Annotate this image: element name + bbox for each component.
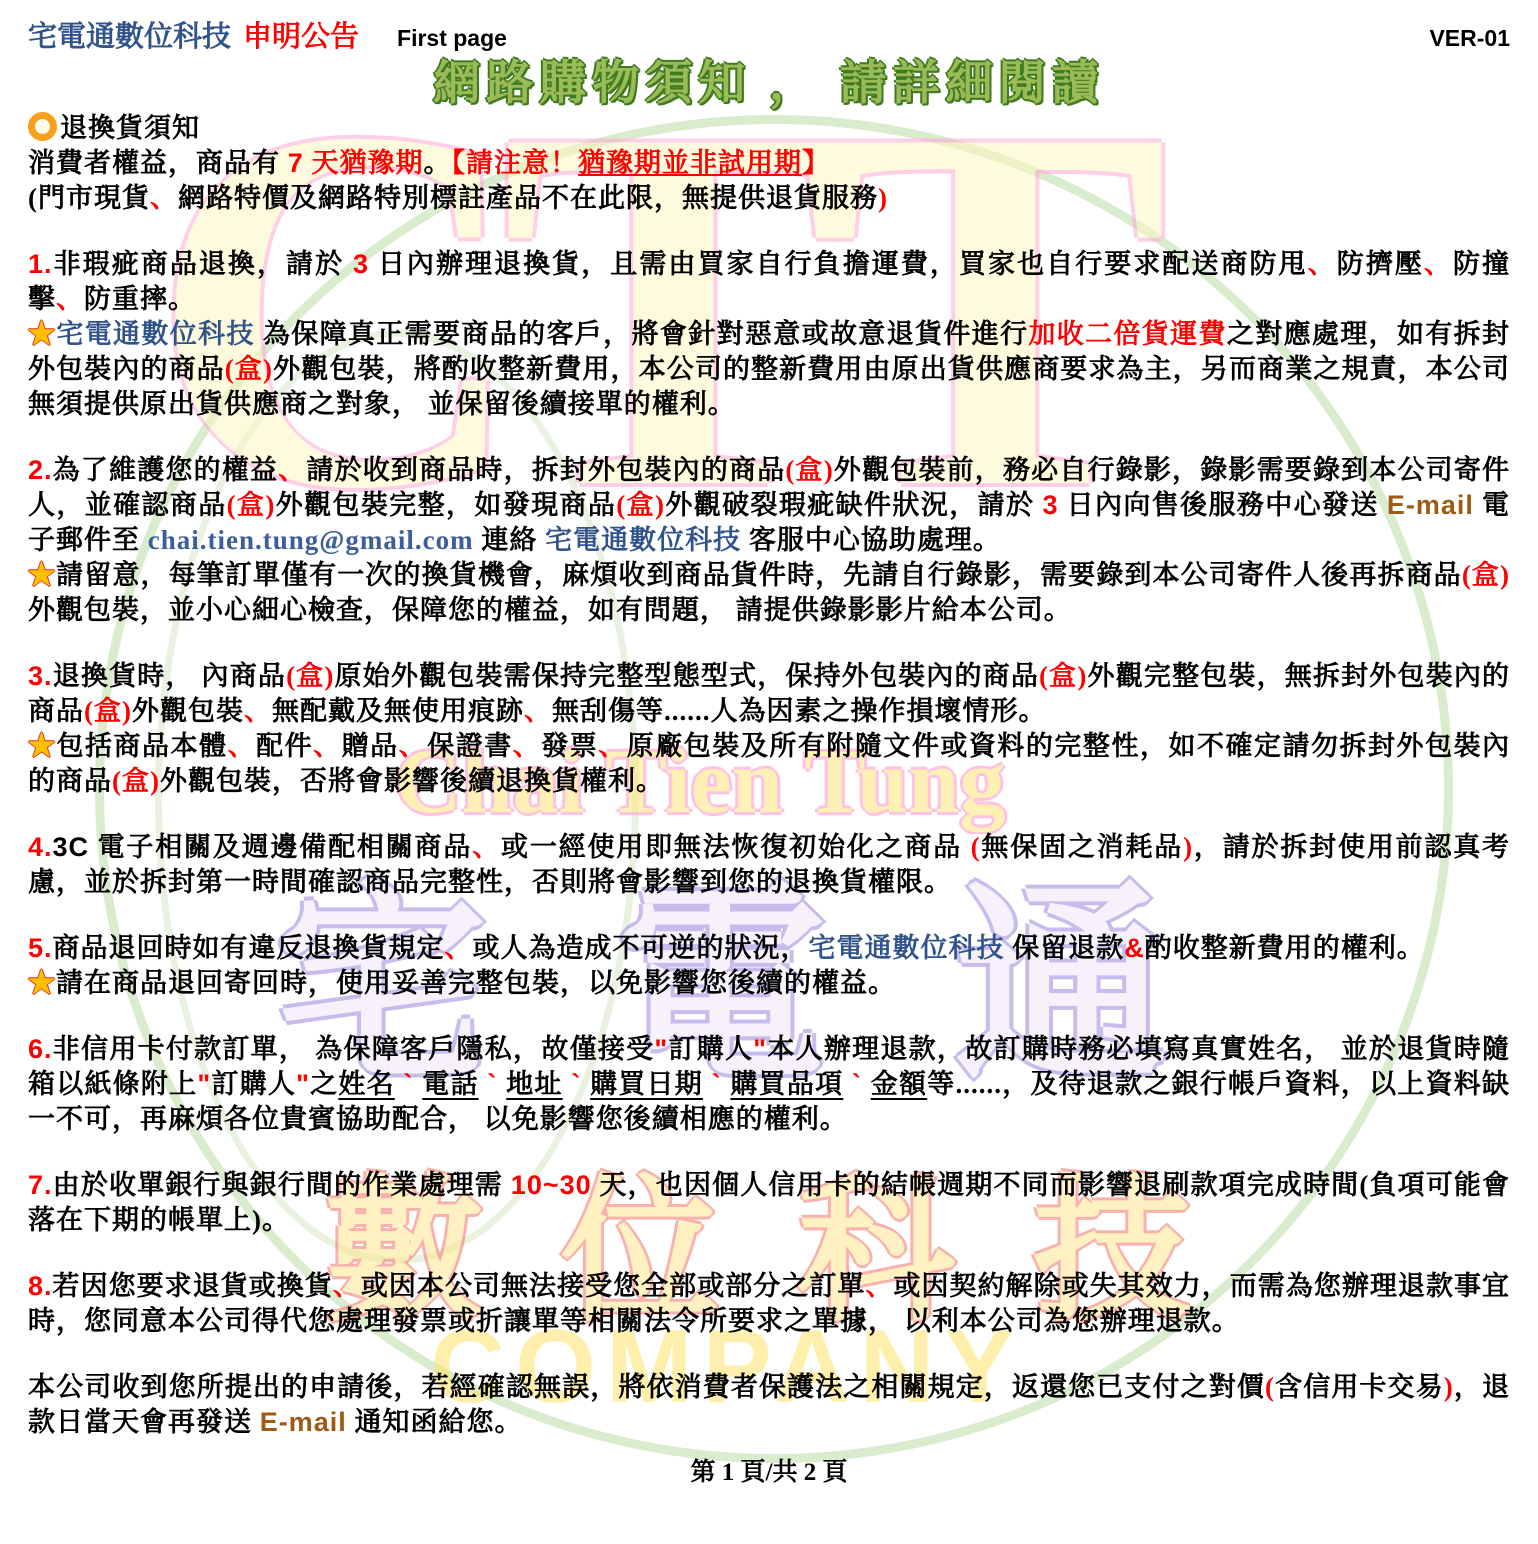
text-segment: 或一經使用即無法恢復初始化之商品 <box>501 832 971 862</box>
text-segment: 外觀包裝，並小心細心檢查，保障您的權益，如有問題， 請提供錄影影片給本公司。 <box>28 595 1072 625</box>
text-segment: 【請注意！ <box>452 148 579 178</box>
text-segment: 1. <box>28 249 53 279</box>
text-segment: 退換貨須知 <box>60 113 200 143</box>
text-segment: ) <box>1444 1372 1454 1402</box>
rule-5: 5.商品退回時如有違反退換貨規定、或人為造成不可逆的狀況，宅電通數位科技 保留退… <box>28 931 1510 966</box>
rule-3: 3.退換貨時， 內商品(盒)原始外觀包裝需保持完整型態型式，保持外包裝內的商品(… <box>28 659 1510 729</box>
text-segment: ( <box>971 832 981 862</box>
text-segment: 、 <box>865 1271 893 1301</box>
text-segment: " <box>197 1069 211 1099</box>
text-segment: 、 <box>244 696 272 726</box>
text-segment: 10~30 <box>511 1170 592 1200</box>
text-segment: 電子相關及週邊備配相關商品 <box>89 832 472 862</box>
text-segment: 4. <box>28 832 53 862</box>
text-segment: 、 <box>472 832 501 862</box>
text-segment: 由於收單銀行與銀行間的作業處理需 <box>53 1170 511 1200</box>
text-segment: 外觀破裂瑕疵缺件狀況，請於 <box>665 490 1042 520</box>
notice-label: 申明公告 <box>243 14 359 55</box>
text-segment: 連絡 <box>474 525 546 555</box>
text-segment: 酌收整新費用的權利。 <box>1145 933 1425 963</box>
company-name: 宅電通數位科技 <box>28 14 231 55</box>
text-segment: 3 <box>353 249 369 279</box>
text-segment: 加收二倍貨運費 <box>1028 319 1226 349</box>
text-segment: (盒) <box>286 661 334 691</box>
page-number: 第 1 頁/共 2 頁 <box>28 1452 1510 1488</box>
text-segment: 、 <box>445 933 473 963</box>
text-segment: ) <box>878 183 888 213</box>
text-segment: 非瑕疵商品退換，請於 <box>53 249 353 279</box>
rule-6: 6.非信用卡付款訂單， 為保障客戶隱私，故僅接受"訂購人"本人辦理退款，故訂購時… <box>28 1032 1510 1137</box>
text-segment: ` <box>395 1069 422 1099</box>
text-segment: 天猶豫期 <box>312 148 424 178</box>
text-segment: 發票 <box>541 731 598 761</box>
text-segment: 5. <box>28 933 53 963</box>
text-segment: ) <box>1183 832 1193 862</box>
star-icon: ★ <box>28 319 56 349</box>
text-segment: 。 <box>262 1205 290 1235</box>
document-body: 退換貨須知消費者權益，商品有 7 天猶豫期。【請注意！猶豫期並非試用期】(門市現… <box>28 111 1510 1440</box>
text-segment: (盒) <box>84 696 132 726</box>
text-segment: 地址 <box>506 1069 562 1099</box>
text-segment: " <box>296 1069 310 1099</box>
text-segment: 猶豫期並非試用期 <box>578 148 802 178</box>
bullet-donut-icon <box>28 112 57 141</box>
text-segment: 宅電通數位科技 <box>809 933 1005 963</box>
text-segment: 含信用卡交易 <box>1275 1372 1444 1402</box>
text-segment: E-mail <box>1387 490 1474 520</box>
text-segment: 本公司收到您所提出的申請後，若經確認無誤，將依消費者保護法之相關規定，返還您已支… <box>28 1372 1265 1402</box>
text-segment: ( <box>1265 1372 1275 1402</box>
text-segment: 無刮傷等......人為因素之操作損壞情形。 <box>552 696 1047 726</box>
text-segment: 宅電通數位科技 <box>56 319 254 349</box>
text-segment: ` <box>843 1069 870 1099</box>
text-segment: 、 <box>598 731 627 761</box>
rule-8: 8.若因您要求退貨或換貨、或因本公司無法接受您全部或部分之訂單、或因契約解除或失… <box>28 1269 1510 1339</box>
text-segment: 或人為造成不可逆的狀況， <box>473 933 809 963</box>
intro-line-1: 消費者權益，商品有 7 天猶豫期。【請注意！猶豫期並非試用期】 <box>28 146 1510 181</box>
text-segment: 外觀包裝，否將會影響後續退換貨權利。 <box>160 766 664 796</box>
text-segment: 、 <box>524 696 552 726</box>
text-segment: 請留意，每筆訂單僅有一次的換貨機會，麻煩收到商品貨件時，先請自行錄影，需要錄到本… <box>56 560 1462 590</box>
text-segment: 電話 <box>422 1069 478 1099</box>
text-segment: 、 <box>228 731 257 761</box>
text-segment: E-mail <box>260 1407 347 1437</box>
text-segment: 外觀包裝 <box>132 696 244 726</box>
text-segment: 包括商品本體 <box>57 731 228 761</box>
text-segment: 防重摔。 <box>84 284 196 314</box>
document-page: 宅電通數位科技 申明公告 First page VER-01 網路購物須知 ， … <box>0 0 1538 1488</box>
text-segment: 訂購人 <box>668 1034 753 1064</box>
text-segment: 防擠壓 <box>1337 249 1424 279</box>
document-header: 宅電通數位科技 申明公告 First page VER-01 <box>28 14 1510 55</box>
text-segment: 購買品項 <box>730 1069 843 1099</box>
first-page-label: First page <box>397 25 507 52</box>
text-segment: 為了維護您的權益 <box>53 455 279 485</box>
text-segment: 退換貨時， 內商品 <box>53 661 287 691</box>
text-segment: 姓名 <box>338 1069 394 1099</box>
bullet-heading: 退換貨須知 <box>28 111 1510 146</box>
rule-1: 1.非瑕疵商品退換，請於 3 日內辦理退換貨，且需由買家自行負擔運費，買家也自行… <box>28 247 1510 317</box>
text-segment: 、 <box>1308 249 1337 279</box>
text-segment: 天，也因個人信用卡的結帳週期不同而影響退刷款項完成時間 <box>592 1170 1360 1200</box>
text-segment: 保證書 <box>427 731 513 761</box>
version-label: VER-01 <box>1429 25 1510 52</box>
text-segment: (盒) <box>227 490 276 520</box>
text-segment: 、 <box>1424 249 1453 279</box>
text-segment: (盒) <box>616 490 665 520</box>
text-segment: (盒) <box>1039 661 1087 691</box>
rule-2: 2.為了維護您的權益、請於收到商品時，拆封外包裝內的商品(盒)外觀包裝前，務必自… <box>28 453 1510 558</box>
star-icon: ★ <box>28 560 56 590</box>
text-segment: 3C <box>53 832 90 862</box>
text-segment: ` <box>479 1069 506 1099</box>
email-address: chai.tien.tung@gmail.com <box>148 525 474 555</box>
rule-4: 4.3C 電子相關及週邊備配相關商品、或一經使用即無法恢復初始化之商品 (無保固… <box>28 830 1510 900</box>
rule-1-star: ★宅電通數位科技 為保障真正需要商品的客戶，將會針對惡意或故意退貨件進行加收二倍… <box>28 317 1510 422</box>
star-icon: ★ <box>28 731 57 761</box>
text-segment: " <box>654 1034 668 1064</box>
text-segment: 宅電通數位科技 <box>545 525 741 555</box>
text-segment: 請於收到商品時，拆封外包裝內的商品 <box>306 455 785 485</box>
text-segment: 外觀包裝完整，如發現商品 <box>275 490 616 520</box>
text-segment: 日內辦理退換貨，且需由買家自行負擔運費，買家也自行要求配送商防甩 <box>369 249 1308 279</box>
rule-7: 7.由於收單銀行與銀行間的作業處理需 10~30 天，也因個人信用卡的結帳週期不… <box>28 1168 1510 1238</box>
text-segment: 、 <box>513 731 542 761</box>
text-segment: 無保固之消耗品 <box>981 832 1184 862</box>
text-segment: (盒) <box>112 766 160 796</box>
text-segment: 7 <box>288 148 304 178</box>
text-segment: 6. <box>28 1034 53 1064</box>
text-segment: 原始外觀包裝需保持完整型態型式，保持外包裝內的商品 <box>334 661 1039 691</box>
text-segment: 請在商品退回寄回時，使用妥善完整包裝，以免影響您後續的權益。 <box>56 968 896 998</box>
text-segment: 非信用卡付款訂單， 為保障客戶隱私，故僅接受 <box>53 1034 655 1064</box>
text-segment <box>304 148 312 178</box>
rule-3-star: ★包括商品本體、配件、贈品、保證書、發票、原廠包裝及所有附隨文件或資料的完整性，… <box>28 729 1510 799</box>
text-segment: 8. <box>28 1271 53 1301</box>
text-segment: 購買日期 <box>590 1069 703 1099</box>
text-segment: 7. <box>28 1170 53 1200</box>
text-segment: 】 <box>802 148 830 178</box>
star-icon: ★ <box>28 968 56 998</box>
text-segment: 、 <box>399 731 428 761</box>
text-segment: 3 <box>1042 490 1058 520</box>
text-segment: 配件 <box>256 731 313 761</box>
text-segment: 。 <box>424 148 452 178</box>
text-segment: 若因您要求退貨或換貨 <box>53 1271 333 1301</box>
text-segment: 商品退回時如有違反退換貨規定 <box>53 933 445 963</box>
text-segment: 消費者權益，商品有 <box>28 148 288 178</box>
text-segment: & <box>1124 933 1145 963</box>
text-segment: 、 <box>56 284 84 314</box>
text-segment: 、 <box>313 731 342 761</box>
text-segment: 3. <box>28 661 53 691</box>
text-segment: 之 <box>310 1069 338 1099</box>
text-segment: 保留退款 <box>1005 933 1125 963</box>
text-segment: 通知函給您。 <box>347 1407 523 1437</box>
text-segment: 贈品 <box>342 731 399 761</box>
page-title: 網路購物須知 ， 請詳細閱讀 <box>28 57 1510 111</box>
text-segment: 、 <box>150 183 178 213</box>
text-segment: 2. <box>28 455 53 485</box>
text-segment: " <box>753 1034 767 1064</box>
text-segment: 無配戴及無使用痕跡 <box>272 696 524 726</box>
text-segment: (盒) <box>225 354 273 384</box>
text-segment: 或因本公司無法接受您全部或部分之訂單 <box>361 1271 866 1301</box>
text-segment: 、 <box>333 1271 361 1301</box>
text-segment: 客服中心協助處理。 <box>741 525 1001 555</box>
text-segment: (盒) <box>785 455 833 485</box>
text-segment: 為保障真正需要商品的客戶，將會針對惡意或故意退貨件進行 <box>255 319 1029 349</box>
rule-5-star: ★請在商品退回寄回時，使用妥善完整包裝，以免影響您後續的權益。 <box>28 966 1510 1001</box>
intro-line-2: (門市現貨、網路特價及網路特別標註產品不在此限，無提供退貨服務) <box>28 181 1510 216</box>
text-segment: ` <box>563 1069 590 1099</box>
text-segment: (盒) <box>1462 560 1510 590</box>
text-segment: 訂購人 <box>211 1069 296 1099</box>
rule-2-star: ★請留意，每筆訂單僅有一次的換貨機會，麻煩收到商品貨件時，先請自行錄影，需要錄到… <box>28 558 1510 628</box>
text-segment: 網路特價及網路特別標註產品不在此限，無提供退貨服務 <box>178 183 878 213</box>
closing: 本公司收到您所提出的申請後，若經確認無誤，將依消費者保護法之相關規定，返還您已支… <box>28 1370 1510 1440</box>
text-segment: 日內向售後服務中心發送 <box>1058 490 1386 520</box>
text-segment: ` <box>703 1069 730 1099</box>
text-segment: 、 <box>278 455 306 485</box>
text-segment: (門市現貨 <box>28 183 150 213</box>
text-segment: 金額 <box>871 1069 927 1099</box>
